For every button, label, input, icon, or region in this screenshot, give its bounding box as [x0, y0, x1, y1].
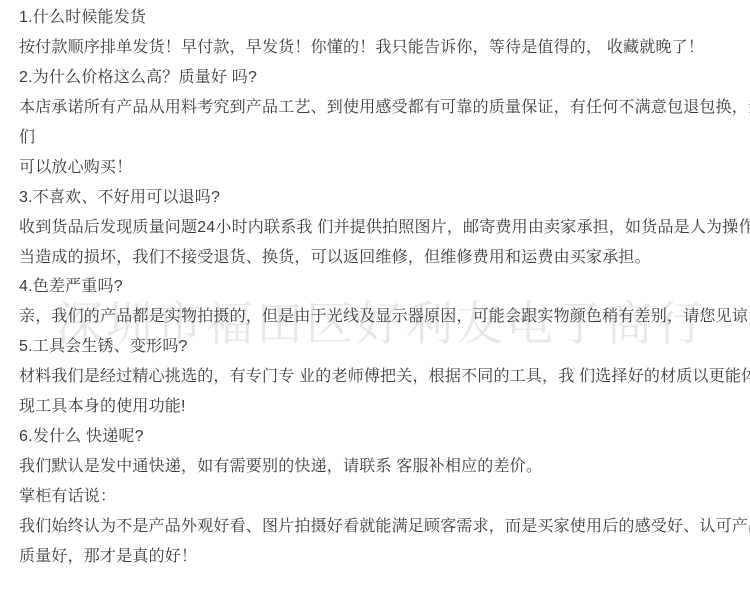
- faq-answer-5-line-2: 现工具本身的使用功能!: [19, 392, 740, 422]
- shopkeeper-line-2: 质量好，那才是真的好！: [19, 542, 740, 572]
- faq-answer-2-line-1: 本店承诺所有产品从用料考究到产品工艺、到使用感受都有可靠的质量保证，有任何不满意…: [19, 93, 740, 123]
- faq-question-3: 3.不喜欢、不好用可以退吗?: [19, 183, 740, 213]
- faq-question-6: 6.发什么 快递呢?: [19, 422, 740, 452]
- faq-answer-3-line-2: 当造成的损坏，我们不接受退货、换货，可以返回维修，但维修费用和运费由买家承担。: [19, 243, 740, 273]
- faq-answer-6-line-1: 我们默认是发中通快递，如有需要别的快递，请联系 客服补相应的差价。: [19, 452, 740, 482]
- faq-answer-4-line-1: 亲，我们的产品都是实物拍摄的，但是由于光线及显示器原因，可能会跟实物颜色稍有差别…: [19, 302, 740, 332]
- faq-question-4: 4.色差严重吗?: [19, 272, 740, 302]
- faq-question-5: 5.工具会生锈、变形吗?: [19, 332, 740, 362]
- faq-answer-2-line-2: 们: [19, 123, 740, 153]
- faq-question-2: 2.为什么价格这么高？质量好 吗?: [19, 63, 740, 93]
- shopkeeper-title: 掌柜有话说：: [19, 482, 740, 512]
- shopkeeper-line-1: 我们始终认为不是产品外观好看、图片拍摄好看就能满足顾客需求，而是买家使用后的感受…: [19, 512, 740, 542]
- faq-question-1: 1.什么时候能发货: [19, 3, 740, 33]
- faq-answer-2-line-3: 可以放心购买！: [19, 153, 740, 183]
- product-faq-page: 深圳市福田区好利友电子商行 1.什么时候能发货 按付款顺序排单发货！早付款，早发…: [0, 0, 750, 611]
- faq-answer-1-line-1: 按付款顺序排单发货！早付款，早发货！你懂的！我只能告诉你，等待是值得的， 收藏就…: [19, 33, 740, 63]
- faq-answer-3-line-1: 收到货品后发现质量问题24小时内联系我 们并提供拍照图片，邮寄费用由卖家承担，如…: [19, 213, 740, 243]
- faq-text-block: 1.什么时候能发货 按付款顺序排单发货！早付款，早发货！你懂的！我只能告诉你，等…: [19, 3, 740, 572]
- faq-answer-5-line-1: 材料我们是经过精心挑选的，有专门专 业的老师傅把关，根据不同的工具，我 们选择好…: [19, 362, 740, 392]
